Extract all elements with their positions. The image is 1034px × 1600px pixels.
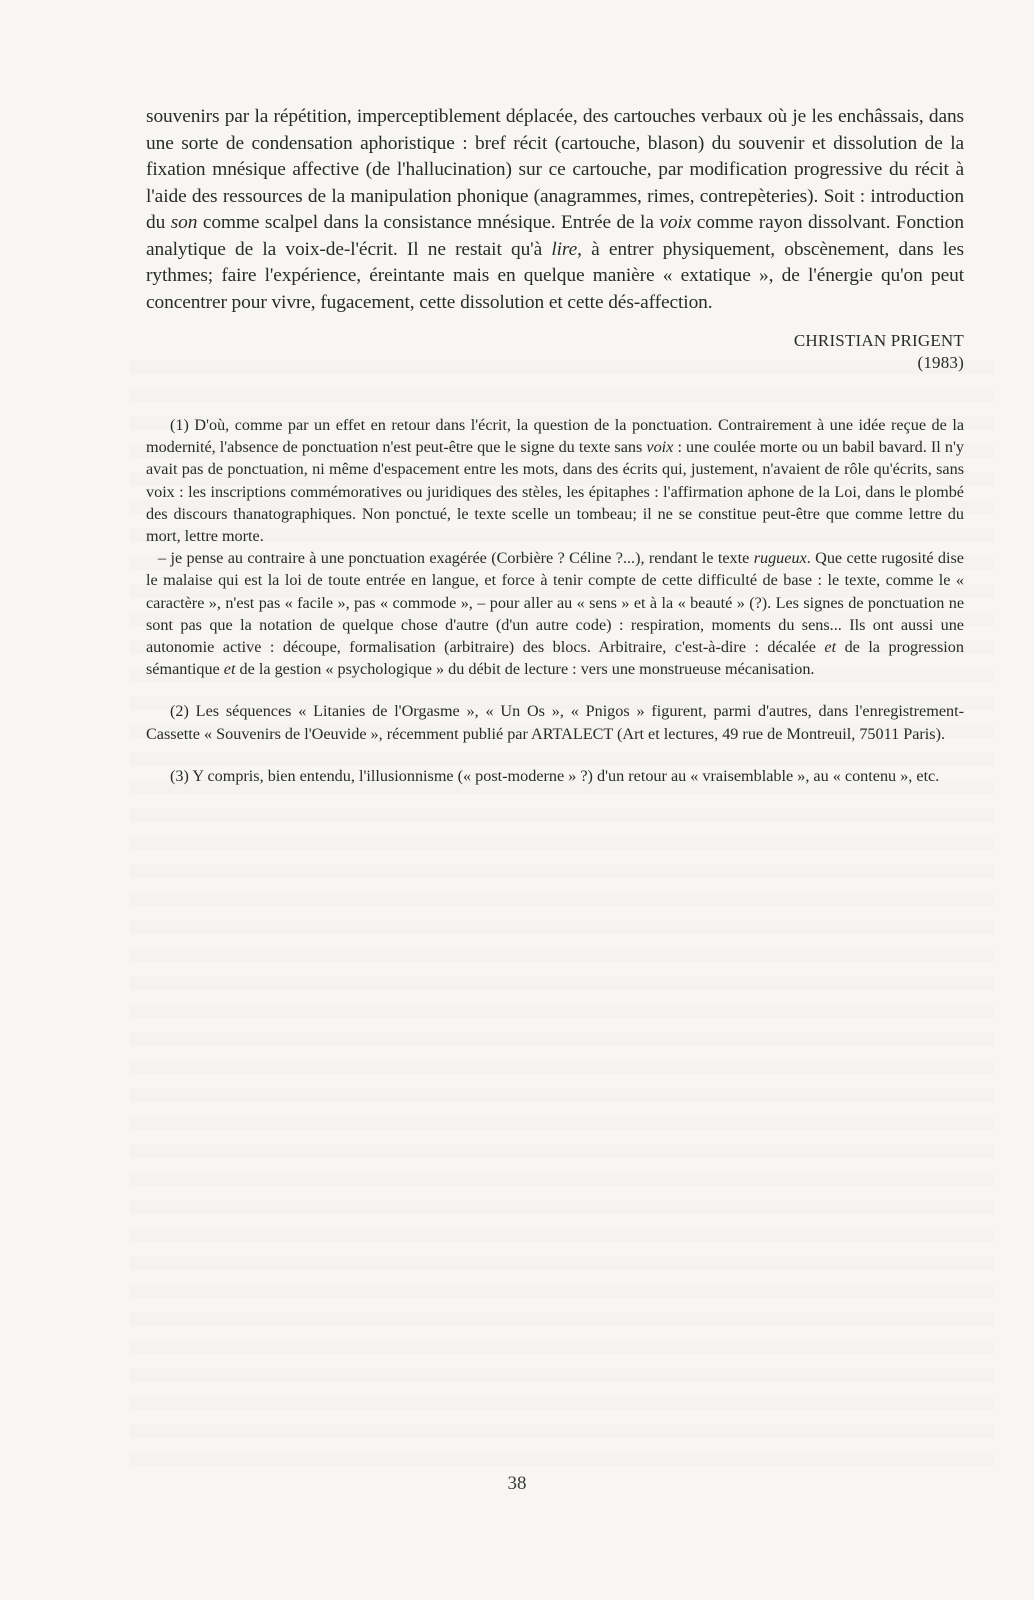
footnote-2: (2) Les séquences « Litanies de l'Orgasm…	[146, 700, 964, 744]
emphasis: son	[171, 212, 198, 233]
footnotes: (1) D'où, comme par un effet en retour d…	[146, 414, 964, 787]
author-name: CHRISTIAN PRIGENT	[146, 330, 964, 352]
page-number: 38	[0, 1473, 1034, 1495]
emphasis: voix	[659, 212, 691, 233]
year: (1983)	[146, 352, 964, 374]
text-run: – je pense au contraire à une ponctuatio…	[158, 549, 754, 567]
text-run: de la gestion « psychologique » du débit…	[235, 660, 814, 678]
emphasis: et	[824, 638, 836, 656]
footnote-1-para-2: – je pense au contraire à une ponctuatio…	[146, 547, 964, 680]
emphasis: lire	[551, 239, 577, 260]
signature-block: CHRISTIAN PRIGENT (1983)	[146, 330, 964, 374]
emphasis: voix	[646, 438, 673, 456]
footnote-1-para-1: (1) D'où, comme par un effet en retour d…	[146, 414, 964, 547]
emphasis: et	[224, 660, 236, 678]
emphasis: rugueux	[754, 549, 807, 567]
main-paragraph: souvenirs par la répétition, imperceptib…	[146, 104, 964, 316]
footnote-3: (3) Y compris, bien entendu, l'illusionn…	[146, 765, 964, 787]
text-run: comme scalpel dans la consistance mnésiq…	[197, 212, 659, 233]
footnote-1: (1) D'où, comme par un effet en retour d…	[146, 414, 964, 680]
page-content: souvenirs par la répétition, imperceptib…	[146, 104, 964, 807]
